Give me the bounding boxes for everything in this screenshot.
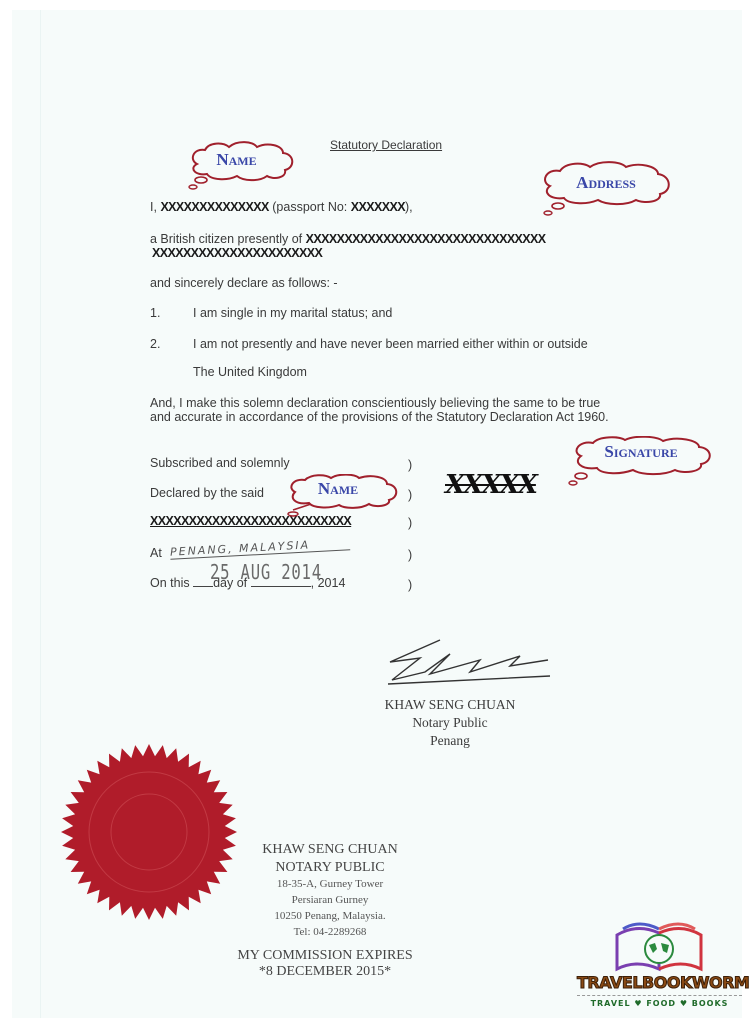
item-text-2: I am not presently and have never been m… <box>193 337 588 351</box>
passport-label: (passport No: <box>272 200 347 214</box>
item-number-2: 2. <box>150 337 160 351</box>
annotation-bubble-name-2: Name <box>283 474 401 520</box>
notary-place: Penang <box>360 733 540 749</box>
line-prefix: I, <box>150 200 157 214</box>
bracket: ) <box>408 578 412 592</box>
annotation-bubble-signature: Signature <box>567 436 715 488</box>
travelbookworm-logo: TRAVELBOOKWORM TRAVEL ♥ FOOD ♥ BOOKS <box>577 915 742 1020</box>
annotation-label: Address <box>536 173 676 193</box>
redacted-signature: XXXXX <box>445 470 536 500</box>
annotation-bubble-name: Name <box>183 140 298 192</box>
open-book-globe-icon <box>577 915 742 975</box>
annotation-label: Name <box>183 150 298 170</box>
document-title: Statutory Declaration <box>330 138 442 152</box>
notary-role: Notary Public <box>360 715 540 731</box>
bracket: ) <box>408 458 412 472</box>
annotation-bubble-address: Address <box>536 160 676 218</box>
on-this-text: On this <box>150 576 190 590</box>
stamp-address-1: 18-35-A, Gurney Tower <box>230 878 430 890</box>
logo-brand: TRAVELBOOKWORM <box>577 973 742 992</box>
bracket: ) <box>408 488 412 502</box>
redacted-address-1: XXXXXXXXXXXXXXXXXXXXXXXXXXXXXXX <box>306 232 546 246</box>
subscribed-label: Subscribed and solemnly <box>150 456 290 470</box>
stamp-tel: Tel: 04-2289268 <box>230 926 430 938</box>
notary-signature-icon <box>380 632 555 687</box>
stamp-name: KHAW SENG CHUAN <box>230 842 430 858</box>
bracket: ) <box>408 516 412 530</box>
declarant-line: I, XXXXXXXXXXXXXX (passport No: XXXXXXX)… <box>150 200 413 214</box>
logo-tagline: TRAVEL ♥ FOOD ♥ BOOKS <box>577 999 742 1008</box>
redacted-address-2: XXXXXXXXXXXXXXXXXXXXXX <box>152 246 322 260</box>
notary-name: KHAW SENG CHUAN <box>360 697 540 713</box>
redacted-passport: XXXXXXX <box>351 200 405 214</box>
item-text-1: I am single in my marital status; and <box>193 306 392 320</box>
declared-by-label: Declared by the said <box>150 486 264 500</box>
annotation-label: Signature <box>567 442 715 462</box>
bracket: ) <box>408 548 412 562</box>
at-label: At <box>150 546 162 560</box>
item-number-1: 1. <box>150 306 160 320</box>
closing-line-2: and accurate in accordance of the provis… <box>150 410 609 424</box>
red-seal-icon <box>60 743 238 921</box>
stamp-address-3: 10250 Penang, Malaysia. <box>230 910 430 922</box>
address-line: a British citizen presently of XXXXXXXXX… <box>150 232 546 246</box>
annotation-label: Name <box>283 479 401 499</box>
line-suffix: ), <box>405 200 413 214</box>
commission-expires: MY COMMISSION EXPIRES <box>220 948 430 964</box>
stamp-address-2: Persiaran Gurney <box>230 894 430 906</box>
redacted-name: XXXXXXXXXXXXXX <box>160 200 268 214</box>
declare-intro: and sincerely declare as follows: - <box>150 276 338 290</box>
date-stamp: 25 AUG 2014 <box>210 560 322 584</box>
closing-line-1: And, I make this solemn declaration cons… <box>150 396 600 410</box>
item-text-2-continued: The United Kingdom <box>193 365 307 379</box>
address-prefix: a British citizen presently of <box>150 232 302 246</box>
commission-date: *8 DECEMBER 2015* <box>220 964 430 980</box>
stamp-title: NOTARY PUBLIC <box>230 860 430 876</box>
